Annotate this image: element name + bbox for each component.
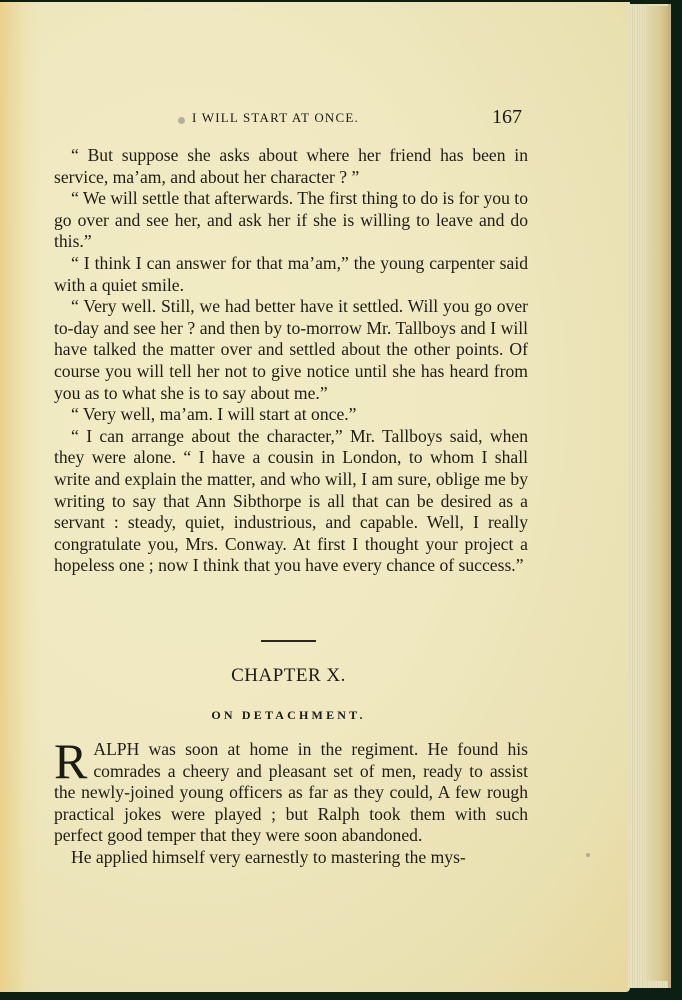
paragraph: “ I think I can answer for that ma’am,” … bbox=[54, 253, 528, 296]
section-divider-rule bbox=[261, 640, 316, 642]
paragraph-with-drop-cap: RALPH was soon at home in the regiment. … bbox=[54, 739, 528, 847]
page-edges-stack bbox=[646, 6, 668, 981]
paper-blemish bbox=[178, 117, 185, 124]
drop-cap: R bbox=[54, 741, 87, 781]
paragraph: “ Very well, ma’am. I will start at once… bbox=[54, 404, 528, 426]
paragraph: He applied himself very earnestly to mas… bbox=[54, 847, 528, 869]
body-text-before-chapter: “ But suppose she asks about where her f… bbox=[54, 145, 528, 577]
chapter-subtitle: ON DETACHMENT. bbox=[0, 708, 577, 723]
paragraph: “ We will settle that afterwards. The fi… bbox=[54, 188, 528, 253]
paragraph: “ But suppose she asks about where her f… bbox=[54, 145, 528, 188]
paragraph: “ Very well. Still, we had better have i… bbox=[54, 296, 528, 404]
page-number: 167 bbox=[492, 106, 522, 129]
paragraph-text: ALPH was soon at home in the regiment. H… bbox=[54, 739, 528, 845]
book-page: I WILL START AT ONCE. 167 “ But suppose … bbox=[0, 2, 630, 992]
chapter-title: CHAPTER X. bbox=[0, 665, 577, 687]
paragraph: “ I can arrange about the character,” Mr… bbox=[54, 426, 528, 577]
page-gutter-shadow bbox=[0, 2, 40, 992]
paper-blemish bbox=[586, 853, 590, 857]
chapter-body-text: RALPH was soon at home in the regiment. … bbox=[54, 739, 528, 869]
running-head: I WILL START AT ONCE. bbox=[192, 110, 359, 126]
